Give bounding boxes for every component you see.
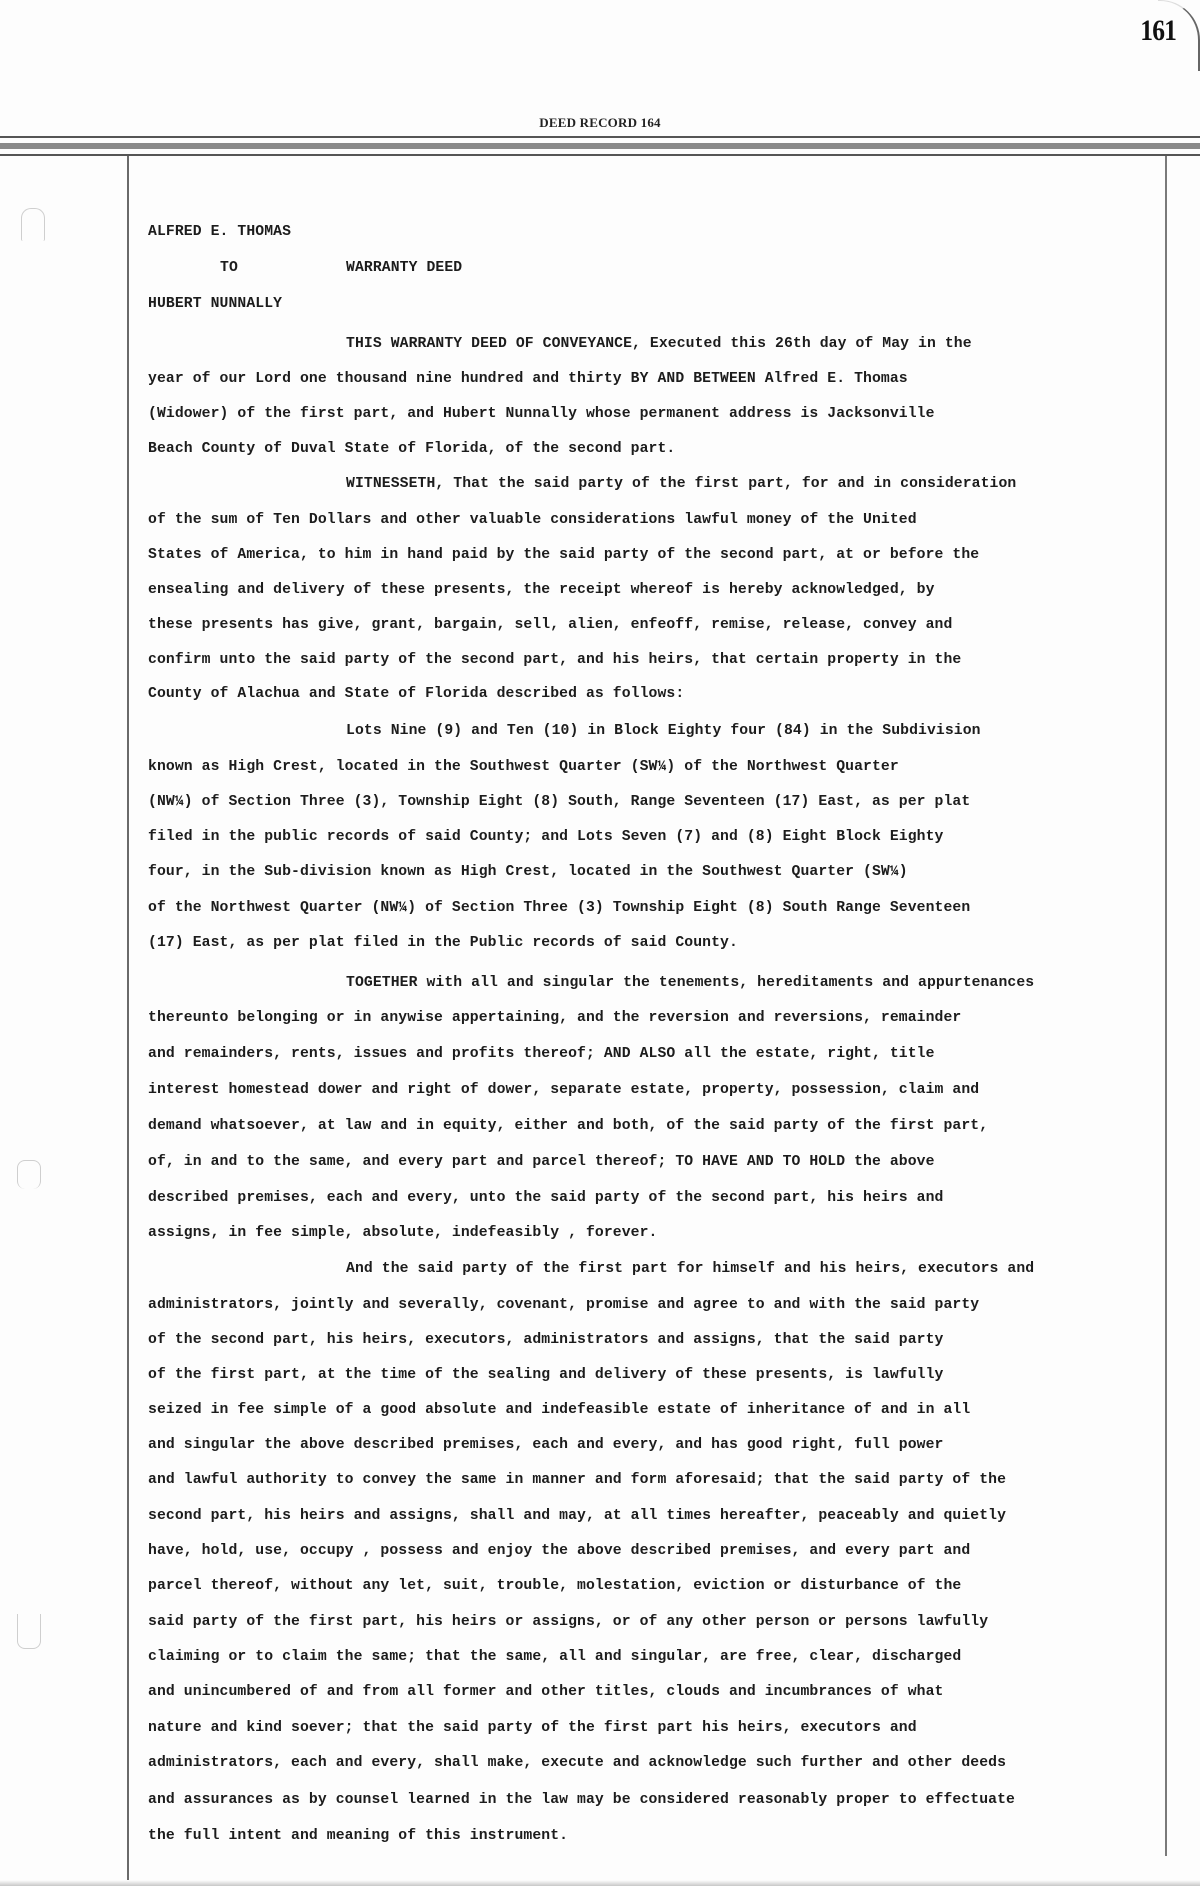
body-line: TOGETHER with all and singular the tenem…	[346, 973, 1034, 991]
legal-description-line: four, in the Sub-division known as High …	[148, 862, 908, 880]
covenant-line: parcel thereof, without any let, suit, t…	[148, 1576, 961, 1594]
legal-description-line: of the Northwest Quarter (NW¼) of Sectio…	[148, 898, 970, 916]
header-rule-middle	[0, 143, 1200, 149]
body-line: interest homestead dower and right of do…	[148, 1080, 979, 1098]
body-line: WITNESSETH, That the said party of the f…	[346, 474, 1016, 492]
right-margin-line	[1165, 156, 1167, 1856]
covenant-line: And the said party of the first part for…	[346, 1259, 1034, 1277]
covenant-line: of the second part, his heirs, executors…	[148, 1330, 943, 1348]
covenant-line: seized in fee simple of a good absolute …	[148, 1400, 970, 1418]
to-label: TO	[220, 258, 238, 276]
body-line: demand whatsoever, at law and in equity,…	[148, 1116, 988, 1134]
body-line: (Widower) of the first part, and Hubert …	[148, 404, 935, 422]
covenant-line: and unincumbered of and from all former …	[148, 1682, 943, 1700]
legal-description-line: (NW¼) of Section Three (3), Township Eig…	[148, 792, 970, 810]
body-line: year of our Lord one thousand nine hundr…	[148, 369, 908, 387]
covenant-line: said party of the first part, his heirs …	[148, 1612, 988, 1630]
body-line: thereunto belonging or in anywise appert…	[148, 1008, 961, 1026]
body-line: Beach County of Duval State of Florida, …	[148, 439, 675, 457]
body-line: of the sum of Ten Dollars and other valu…	[148, 510, 917, 528]
body-line: confirm unto the said party of the secon…	[148, 650, 961, 668]
binder-hole-mark	[17, 1160, 41, 1189]
record-title: DEED RECORD 164	[0, 115, 1200, 131]
legal-description-line: filed in the public records of said Coun…	[148, 827, 943, 845]
covenant-line: and singular the above described premise…	[148, 1435, 943, 1453]
covenant-line: the full intent and meaning of this inst…	[148, 1826, 568, 1844]
body-line: States of America, to him in hand paid b…	[148, 545, 979, 563]
page-bottom-edge	[0, 1880, 1200, 1886]
covenant-line: and lawful authority to convey the same …	[148, 1470, 1006, 1488]
covenant-line: administrators, each and every, shall ma…	[148, 1753, 1006, 1771]
legal-description-line: (17) East, as per plat filed in the Publ…	[148, 933, 738, 951]
covenant-line: nature and kind soever; that the said pa…	[148, 1718, 917, 1736]
grantor-name: ALFRED E. THOMAS	[148, 222, 291, 240]
covenant-line: second part, his heirs and assigns, shal…	[148, 1506, 1006, 1524]
covenant-line: of the first part, at the time of the se…	[148, 1365, 943, 1383]
header-rule-bottom	[0, 154, 1200, 156]
left-margin-line	[127, 156, 129, 1886]
covenant-line: claiming or to claim the same; that the …	[148, 1647, 961, 1665]
body-line: ensealing and delivery of these presents…	[148, 580, 935, 598]
covenant-line: administrators, jointly and severally, c…	[148, 1295, 979, 1313]
covenant-line: and assurances as by counsel learned in …	[148, 1790, 1015, 1808]
body-line: assigns, in fee simple, absolute, indefe…	[148, 1223, 657, 1241]
deed-type: WARRANTY DEED	[346, 258, 462, 276]
body-line: of, in and to the same, and every part a…	[148, 1152, 935, 1170]
covenant-line: have, hold, use, occupy , possess and en…	[148, 1541, 970, 1559]
body-line: these presents has give, grant, bargain,…	[148, 615, 952, 633]
page-number: 161	[1140, 14, 1176, 48]
binder-hole-mark	[21, 208, 45, 241]
legal-description-line: Lots Nine (9) and Ten (10) in Block Eigh…	[346, 721, 981, 739]
body-line: and remainders, rents, issues and profit…	[148, 1044, 935, 1062]
grantee-name: HUBERT NUNNALLY	[148, 294, 282, 312]
body-line: described premises, each and every, unto…	[148, 1188, 943, 1206]
header-rule-top	[0, 136, 1200, 138]
binder-hole-mark	[17, 1614, 41, 1649]
deed-record-page: 161 DEED RECORD 164 ALFRED E. THOMAS TO …	[0, 0, 1200, 1886]
legal-description-line: known as High Crest, located in the Sout…	[148, 757, 899, 775]
body-line: THIS WARRANTY DEED OF CONVEYANCE, Execut…	[346, 334, 972, 352]
body-line: County of Alachua and State of Florida d…	[148, 684, 684, 702]
